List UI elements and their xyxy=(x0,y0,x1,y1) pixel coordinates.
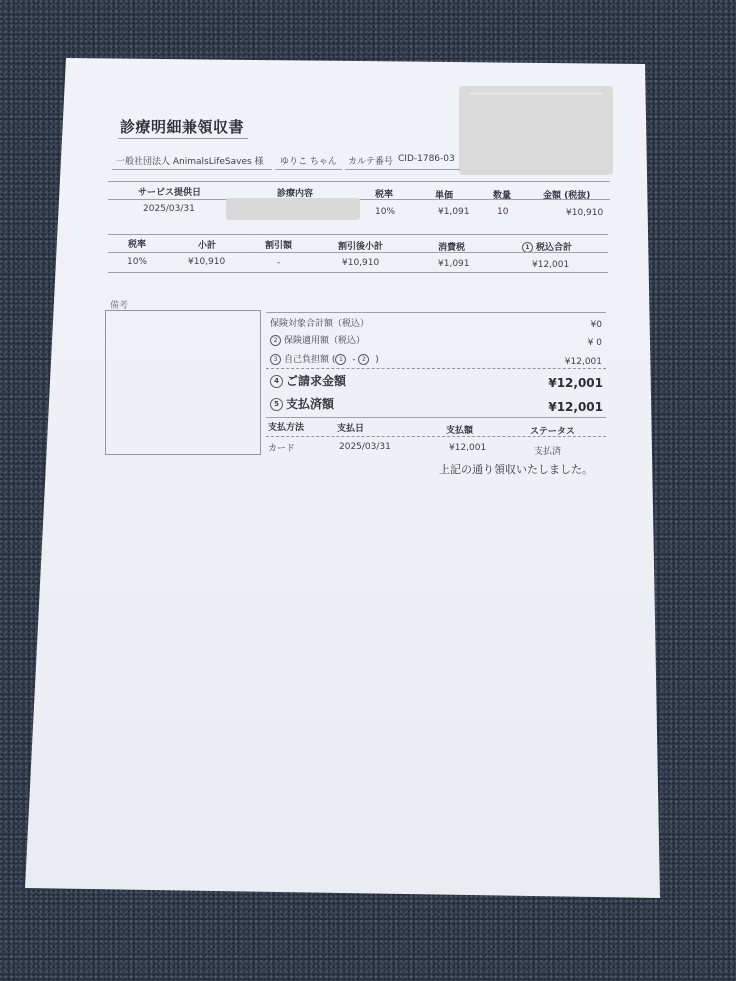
recipient-name: 一般社団法人 AnimalsLifeSaves 様 xyxy=(116,154,264,167)
paid-row: 5支払済額 xyxy=(270,395,334,412)
summary-top-border xyxy=(266,312,606,313)
billed-row: 4ご請求金額 xyxy=(270,372,346,389)
service-tax-rate: 10% xyxy=(375,207,395,217)
tax-subtotal: ¥10,910 xyxy=(188,257,225,267)
ref-2-icon: 2 xyxy=(358,354,369,365)
payment-header-divider xyxy=(266,436,606,437)
service-date: 2025/03/31 xyxy=(143,204,195,214)
recipient-underline xyxy=(112,169,272,170)
service-amount: ¥10,910 xyxy=(566,208,603,218)
payment-status: 支払済 xyxy=(534,444,561,457)
marker-3-icon: 3 xyxy=(270,354,281,365)
chart-number: CID-1786-03 xyxy=(398,154,455,164)
billed-value: ¥12,001 xyxy=(520,376,603,390)
tax-total-incl: ¥12,001 xyxy=(532,260,569,270)
chart-number-label: カルテ番号 xyxy=(348,154,393,167)
chart-underline xyxy=(345,169,460,170)
billed-label: ご請求金額 xyxy=(286,374,346,388)
payment-date: 2025/03/31 xyxy=(339,442,391,452)
service-header-date: サービス提供日 xyxy=(138,185,201,198)
minus-sign: - xyxy=(349,355,358,365)
payment-amount: ¥12,001 xyxy=(449,443,486,453)
service-quantity: 10 xyxy=(497,207,508,217)
tax-header-after-discount: 割引後小計 xyxy=(338,239,383,252)
tax-discount: - xyxy=(277,258,280,268)
redacted-header-block xyxy=(459,86,613,175)
insurance-applied-row: 2保険適用額（税込） xyxy=(270,333,365,346)
tax-header-rate: 税率 xyxy=(128,237,146,250)
patient-name: ゆりこ ちゃん xyxy=(280,154,337,167)
ref-1-icon: 1 xyxy=(335,354,346,365)
tax-header-discount: 割引額 xyxy=(265,238,292,251)
insurance-applied-label: 保険適用額（税込） xyxy=(284,336,365,346)
tax-after-discount: ¥10,910 xyxy=(342,258,379,268)
marker-4-icon: 4 xyxy=(270,375,283,388)
remarks-box xyxy=(105,310,261,455)
insured-total-value: ¥0 xyxy=(540,320,602,330)
tax-table-top-border xyxy=(108,234,608,235)
tax-header-divider xyxy=(108,252,608,253)
receipt-statement: 上記の通り領収いたしました。 xyxy=(439,461,593,477)
payment-header-amount: 支払額 xyxy=(446,423,473,436)
self-pay-row: 3自己負担額 (1 - 2 ) xyxy=(270,352,379,365)
payment-method: カード xyxy=(268,441,295,454)
redacted-description xyxy=(226,198,360,220)
tax-table-bottom-border xyxy=(108,272,608,273)
payment-table-top-border xyxy=(266,417,606,418)
insurance-applied-value: ¥ 0 xyxy=(540,338,602,348)
tax-header-subtotal: 小計 xyxy=(198,238,216,251)
insured-total-label: 保険対象合計額（税込） xyxy=(270,316,369,329)
self-pay-suffix: ) xyxy=(372,355,378,365)
tax-consumption: ¥1,091 xyxy=(438,259,470,269)
paid-value: ¥12,001 xyxy=(520,400,603,414)
self-pay-value: ¥12,001 xyxy=(530,357,602,367)
tax-rate: 10% xyxy=(127,257,147,267)
marker-2-icon: 2 xyxy=(270,335,281,346)
self-pay-label: 自己負担額 ( xyxy=(284,355,335,365)
payment-header-method: 支払方法 xyxy=(268,420,304,433)
paid-label: 支払済額 xyxy=(286,397,334,411)
summary-dashed-divider xyxy=(266,368,606,369)
service-table-top-border xyxy=(108,181,610,182)
document-title: 診療明細兼領収書 xyxy=(120,116,244,137)
marker-5-icon: 5 xyxy=(270,398,283,411)
payment-header-date: 支払日 xyxy=(337,421,364,434)
title-underline xyxy=(118,138,248,139)
patient-underline xyxy=(275,169,342,170)
receipt-content: 診療明細兼領収書 一般社団法人 AnimalsLifeSaves 様 ゆりこ ち… xyxy=(0,0,736,981)
service-unit-price: ¥1,091 xyxy=(438,207,470,217)
